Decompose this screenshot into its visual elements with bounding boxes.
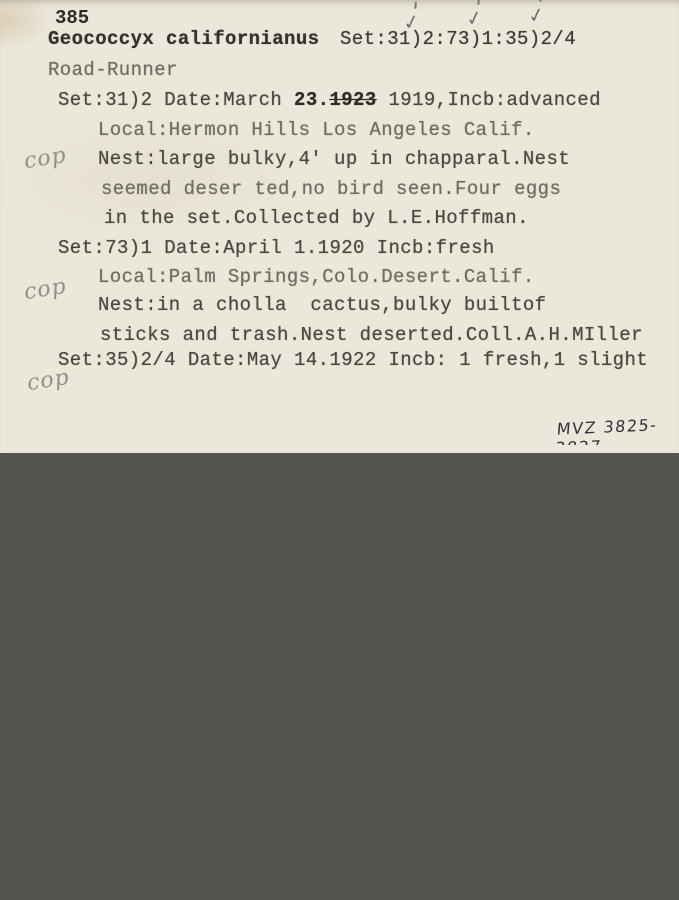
typed-text: Set:35)2/4 Date:May 14.1922 Incb: 1 fres… (58, 349, 648, 371)
typed-line: seemed deser ted,no bird seen.Four eggs (101, 180, 561, 199)
typed-line: Set:31)2 Date:March 23.1923 1919,Incb:ad… (58, 91, 601, 110)
typed-line: Local:Palm Springs,Colo.Desert.Calif. (98, 268, 535, 287)
typed-text: seemed deser ted,no bird seen.Four eggs (101, 178, 561, 200)
scanned-document: 385 Geococcyx californianus Set:31)2:73)… (0, 0, 679, 900)
typed-text: sticks and trash.Nest deserted.Coll.A.H.… (100, 324, 643, 346)
species-name: Geococcyx californianus (48, 28, 319, 50)
typed-line: Nest:large bulky,4' up in chapparal.Nest (98, 150, 570, 169)
typed-line: sticks and trash.Nest deserted.Coll.A.H.… (100, 326, 643, 345)
catalog-number: 385 (55, 7, 89, 29)
mvz-number-front: MVZ 3825-3827 (555, 414, 679, 446)
typed-text: Nest:large bulky,4' up in chapparal.Nest (98, 148, 570, 170)
typed-text: Local:Hermon Hills Los Angeles Calif. (98, 119, 535, 141)
typed-text: Nest:in a cholla cactus,bulky builtof (98, 294, 546, 316)
typed-text: in the set.Collected by L.E.Hoffman. (104, 207, 529, 229)
typed-text: Set:31)2 Date:March (58, 89, 294, 111)
overstruck-text: 1923 (329, 89, 376, 111)
typed-text: 1919,Incb:advanced (377, 89, 601, 111)
typed-line: Nest:in a cholla cactus,bulky builtof (98, 296, 546, 315)
typed-line: Road-Runner (48, 61, 178, 80)
typed-line: Set:35)2/4 Date:May 14.1922 Incb: 1 fres… (58, 351, 648, 370)
set-summary: Set:31)2:73)1:35)2/4 (340, 28, 576, 50)
species-header-row: Geococcyx californianus Set:31)2:73)1:35… (0, 28, 679, 48)
typed-text: 23. (294, 89, 329, 111)
typed-text: Local:Palm Springs,Colo.Desert.Calif. (98, 266, 535, 288)
typed-line: Set:73)1 Date:April 1.1920 Incb:fresh (58, 239, 495, 258)
typed-text: Set:73)1 Date:April 1.1920 Incb:fresh (58, 237, 495, 259)
typed-text: Road-Runner (48, 59, 178, 81)
typed-line: in the set.Collected by L.E.Hoffman. (104, 209, 529, 228)
typed-line: Local:Hermon Hills Los Angeles Calif. (98, 121, 535, 140)
